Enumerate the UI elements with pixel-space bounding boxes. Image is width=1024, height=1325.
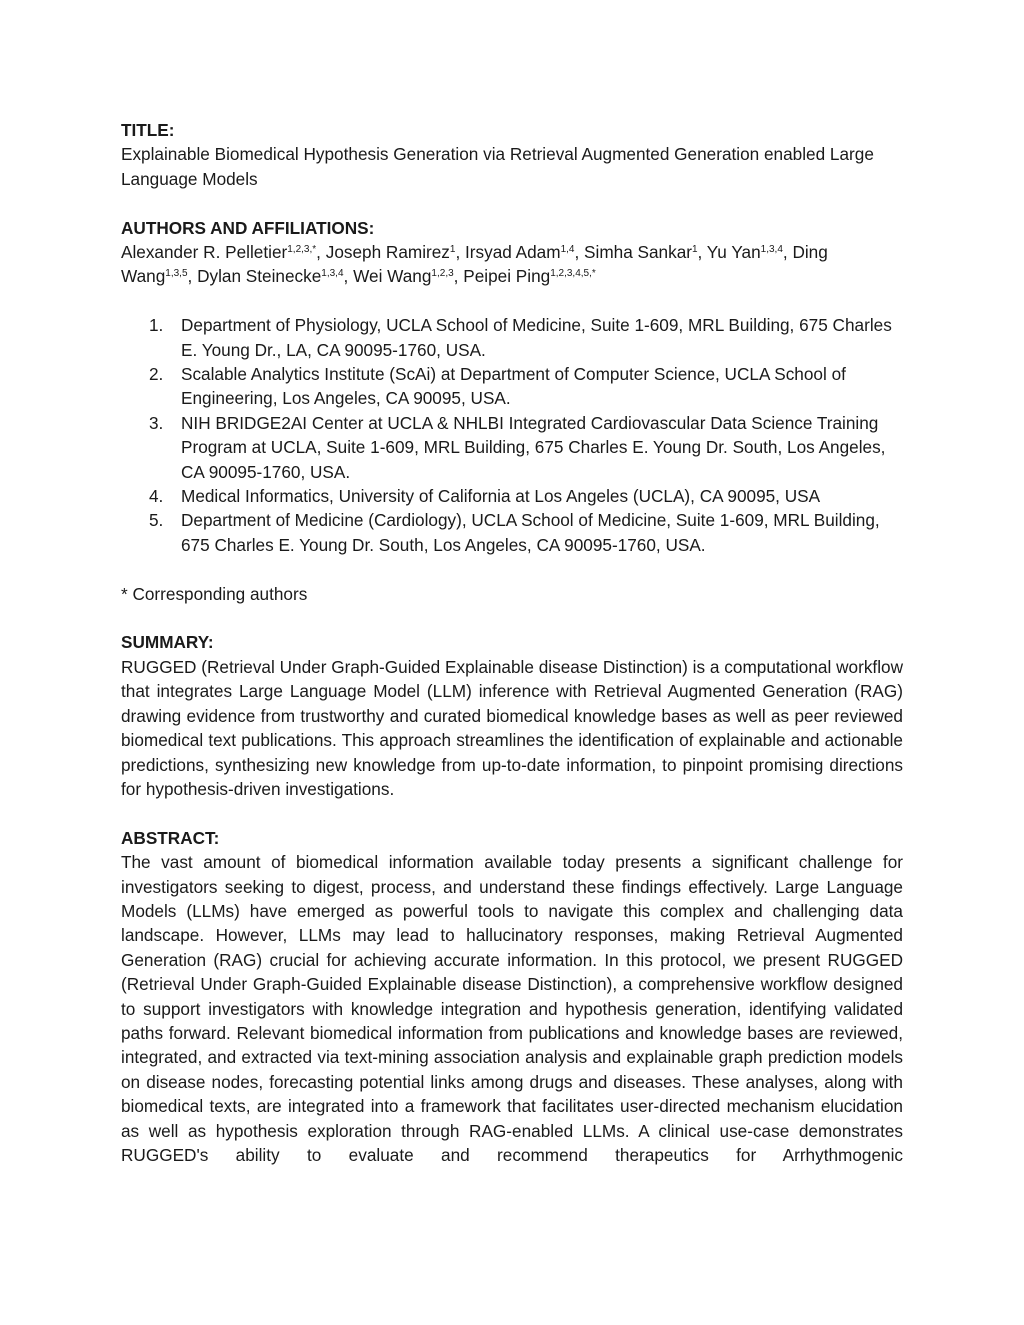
summary-text: RUGGED (Retrieval Under Graph-Guided Exp… <box>121 655 903 801</box>
author-affiliation-marks: 1,2,3,4,5,* <box>550 268 596 279</box>
corresponding-authors-note: * Corresponding authors <box>121 582 903 606</box>
affiliation-number: 5. <box>149 508 163 532</box>
summary-heading: SUMMARY: <box>121 630 903 654</box>
author-name: Wei Wang <box>353 266 431 286</box>
affiliation-number: 3. <box>149 411 163 435</box>
author-name: Alexander R. Pelletier <box>121 242 287 262</box>
affiliation-text: NIH BRIDGE2AI Center at UCLA & NHLBI Int… <box>181 413 885 482</box>
affiliation-number: 1. <box>149 313 163 337</box>
affiliation-item: 1.Department of Physiology, UCLA School … <box>121 313 903 362</box>
author-name: Yu Yan <box>707 242 761 262</box>
affiliation-text: Department of Physiology, UCLA School of… <box>181 315 892 359</box>
affiliation-number: 2. <box>149 362 163 386</box>
author-affiliation-marks: 1 <box>692 244 698 255</box>
author-affiliation-marks: 1,3,4 <box>761 244 783 255</box>
author-name: Joseph Ramirez <box>326 242 450 262</box>
author-affiliation-marks: 1,2,3 <box>431 268 453 279</box>
affiliation-text: Department of Medicine (Cardiology), UCL… <box>181 510 880 554</box>
author-affiliation-marks: 1,3,5 <box>165 268 187 279</box>
affiliation-number: 4. <box>149 484 163 508</box>
abstract-text: The vast amount of biomedical informatio… <box>121 850 903 1167</box>
author-list: Alexander R. Pelletier1,2,3,*, Joseph Ra… <box>121 240 903 289</box>
author-name: Peipei Ping <box>463 266 550 286</box>
affiliation-text: Scalable Analytics Institute (ScAi) at D… <box>181 364 846 408</box>
author-affiliation-marks: 1,4 <box>561 244 575 255</box>
authors-heading: AUTHORS AND AFFILIATIONS: <box>121 216 903 240</box>
paper-title: Explainable Biomedical Hypothesis Genera… <box>121 142 903 191</box>
author-affiliation-marks: 1 <box>450 244 456 255</box>
abstract-heading: ABSTRACT: <box>121 826 903 850</box>
author-name: Irsyad Adam <box>465 242 561 262</box>
affiliation-text: Medical Informatics, University of Calif… <box>181 486 820 506</box>
affiliation-item: 4.Medical Informatics, University of Cal… <box>121 484 903 508</box>
affiliation-item: 2.Scalable Analytics Institute (ScAi) at… <box>121 362 903 411</box>
author-name: Dylan Steinecke <box>197 266 321 286</box>
affiliation-item: 3.NIH BRIDGE2AI Center at UCLA & NHLBI I… <box>121 411 903 484</box>
affiliation-list: 1.Department of Physiology, UCLA School … <box>121 313 903 557</box>
author-affiliation-marks: 1,3,4 <box>321 268 343 279</box>
affiliation-item: 5.Department of Medicine (Cardiology), U… <box>121 508 903 557</box>
document-page: TITLE: Explainable Biomedical Hypothesis… <box>121 118 903 1167</box>
author-name: Simha Sankar <box>584 242 692 262</box>
title-heading: TITLE: <box>121 118 903 142</box>
author-affiliation-marks: 1,2,3,* <box>287 244 316 255</box>
